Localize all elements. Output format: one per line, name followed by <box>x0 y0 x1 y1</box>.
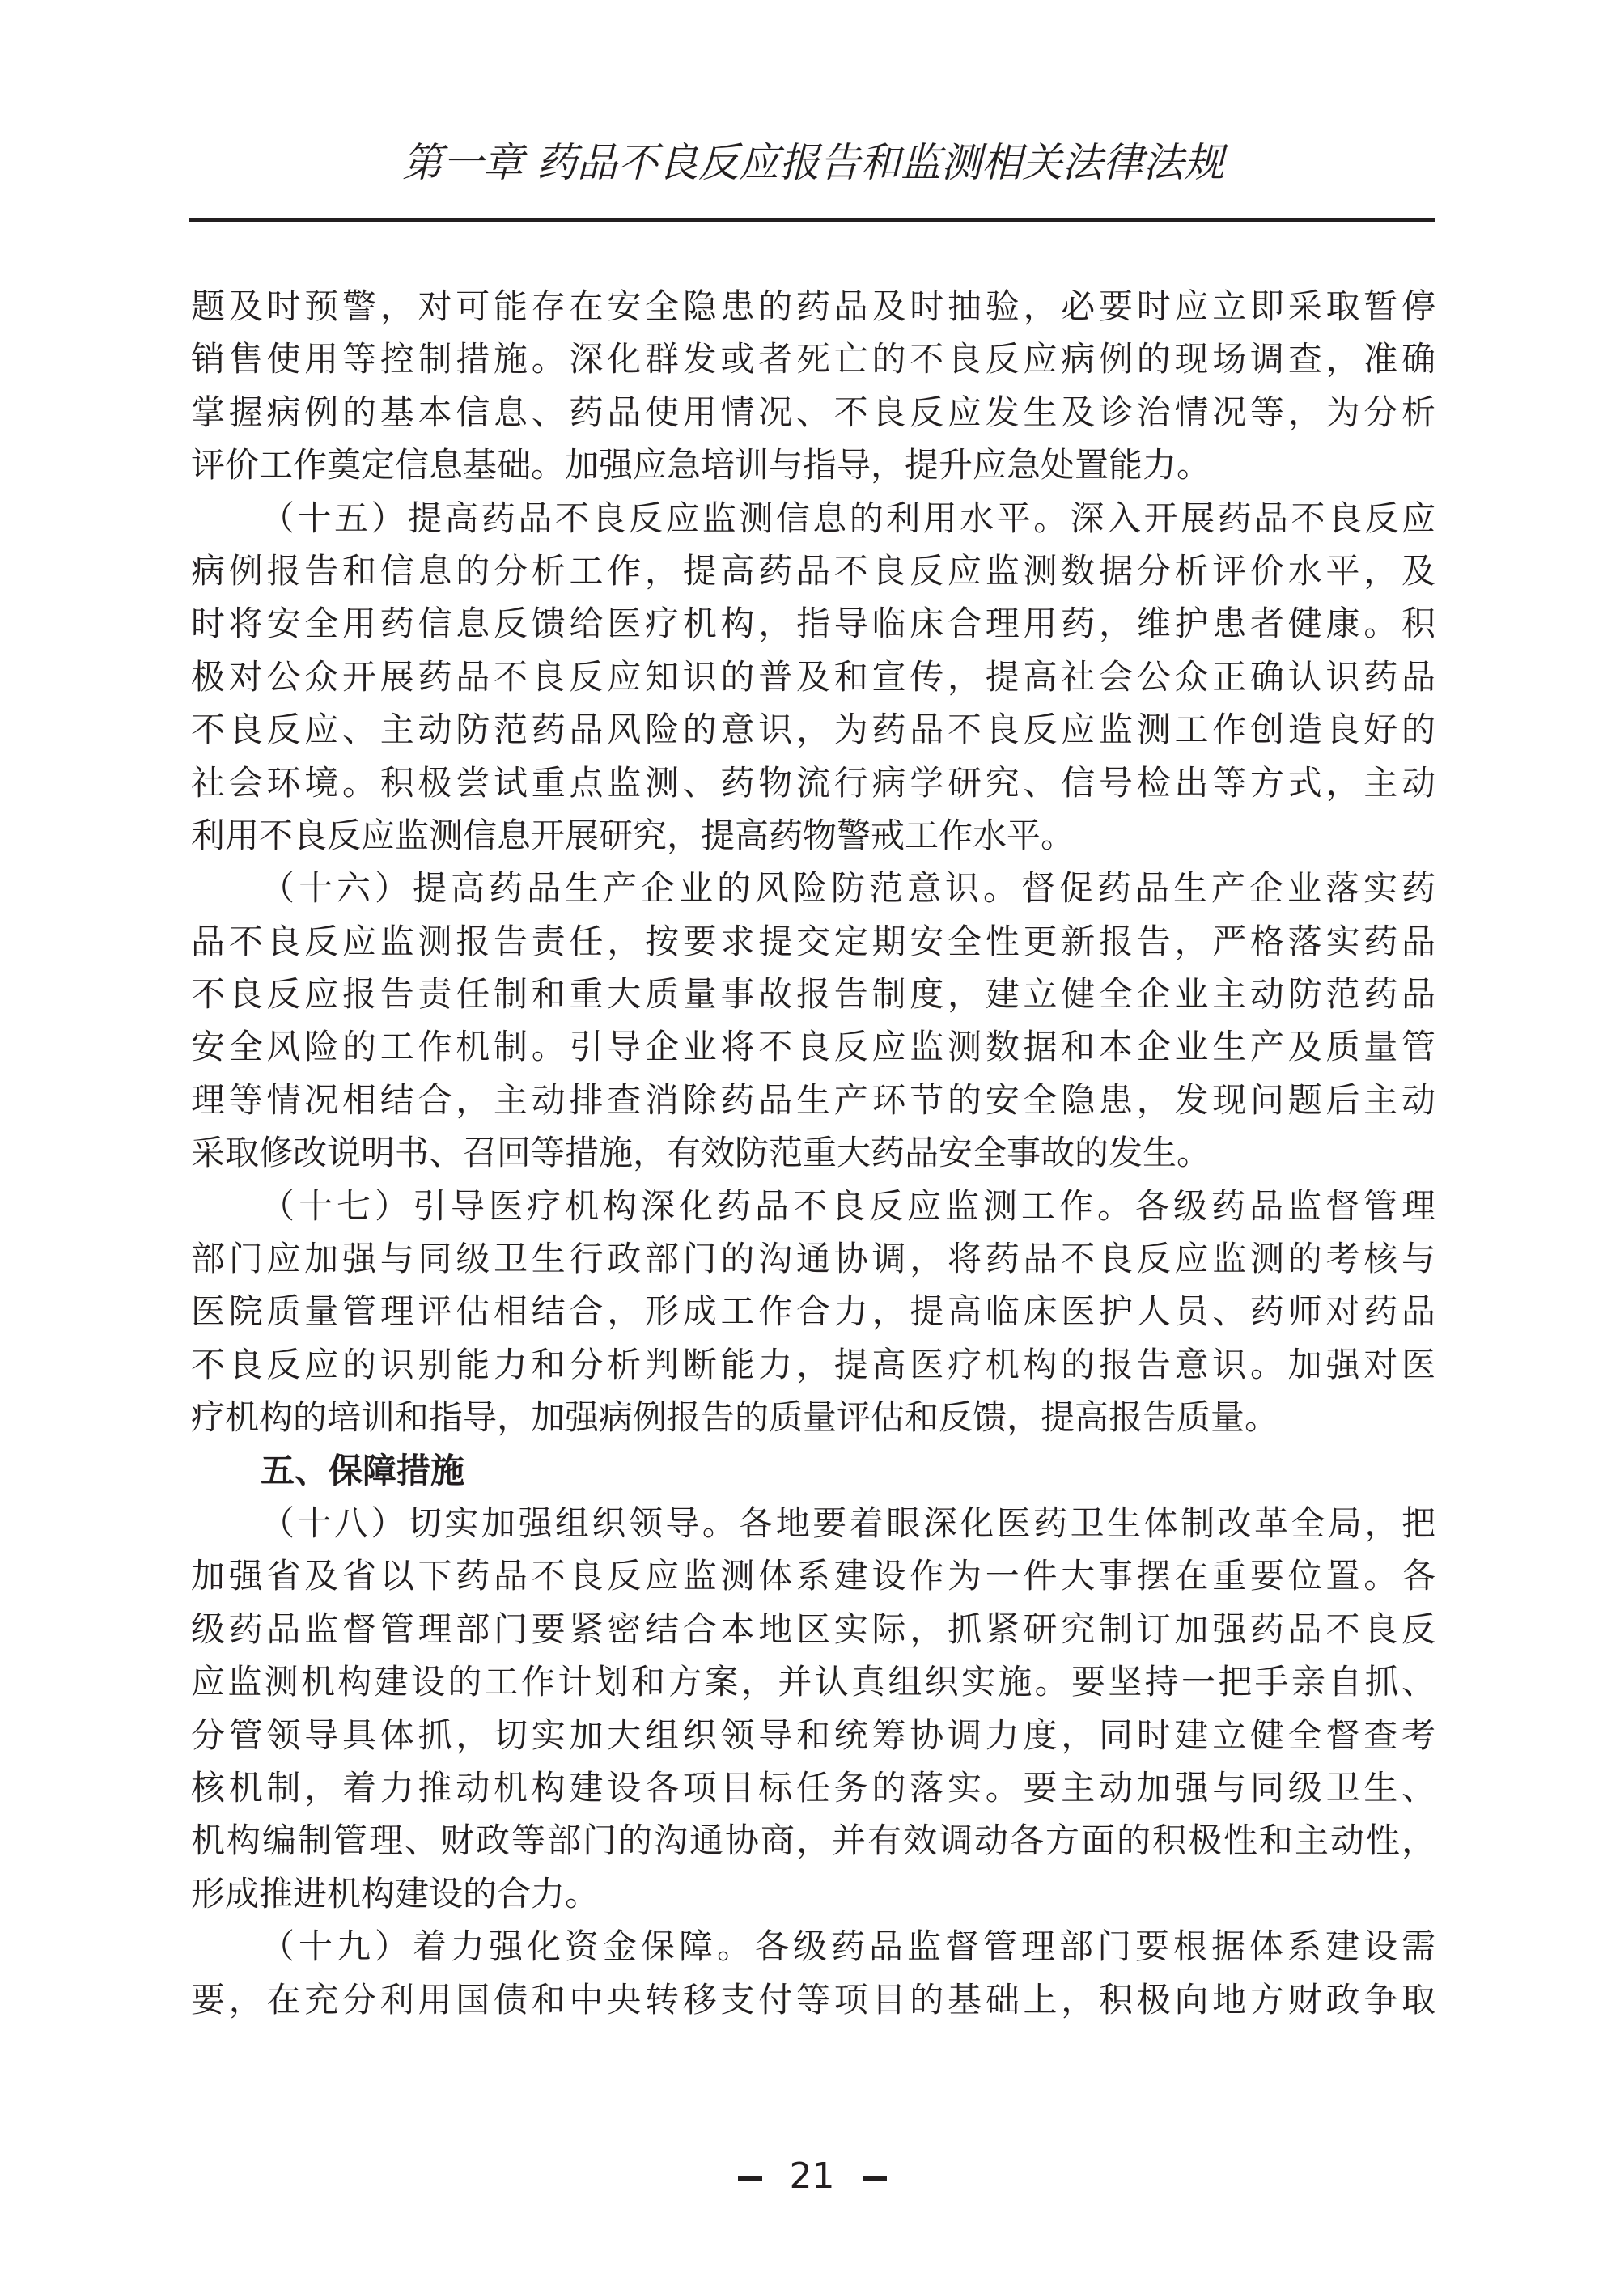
text-line: （十九）着力强化资金保障。各级药品监督管理部门要根据体系建设需 <box>191 1920 1435 1973</box>
paragraph-continued: 题及时预警，对可能存在安全隐患的药品及时抽验，必要时应立即采取暂停 销售使用等控… <box>191 280 1435 492</box>
text-line: 医院质量管理评估相结合，形成工作合力，提高临床医护人员、药师对药品 <box>191 1285 1435 1337</box>
paragraph-19: （十九）着力强化资金保障。各级药品监督管理部门要根据体系建设需 要，在充分利用国… <box>191 1920 1435 2026</box>
paragraph-15: （十五）提高药品不良反应监测信息的利用水平。深入开展药品不良反应 病例报告和信息… <box>191 492 1435 863</box>
text-line: 病例报告和信息的分析工作，提高药品不良反应监测数据分析评价水平，及 <box>191 545 1435 597</box>
text-line: 不良反应、主动防范药品风险的意识，为药品不良反应监测工作创造良好的 <box>191 703 1435 756</box>
text-line: 品不良反应监测报告责任，按要求提交定期安全性更新报告，严格落实药品 <box>191 915 1435 968</box>
header-rule <box>189 218 1435 222</box>
folio-dash-right <box>863 2176 887 2181</box>
text-line: 应监测机构建设的工作计划和方案，并认真组织实施。要坚持一把手亲自抓、 <box>191 1655 1435 1708</box>
paragraph-16: （十六）提高药品生产企业的风险防范意识。督促药品生产企业落实药 品不良反应监测报… <box>191 862 1435 1179</box>
text-line: （十八）切实加强组织领导。各地要着眼深化医药卫生体制改革全局，把 <box>191 1497 1435 1549</box>
body-text: 题及时预警，对可能存在安全隐患的药品及时抽验，必要时应立即采取暂停 销售使用等控… <box>191 280 1435 2026</box>
text-line: 题及时预警，对可能存在安全隐患的药品及时抽验，必要时应立即采取暂停 <box>191 280 1435 333</box>
text-line: 利用不良反应监测信息开展研究，提高药物警戒工作水平。 <box>191 809 1435 862</box>
text-line: （十五）提高药品不良反应监测信息的利用水平。深入开展药品不良反应 <box>191 492 1435 545</box>
page-number: 21 <box>790 2155 835 2197</box>
text-line: 时将安全用药信息反馈给医疗机构，指导临床合理用药，维护患者健康。积 <box>191 597 1435 650</box>
text-line: 要，在充分利用国债和中央转移支付等项目的基础上，积极向地方财政争取 <box>191 1973 1435 2026</box>
text-line: （十七）引导医疗机构深化药品不良反应监测工作。各级药品监督管理 <box>191 1180 1435 1232</box>
text-line: 评价工作奠定信息基础。加强应急培训与指导，提升应急处置能力。 <box>191 439 1435 491</box>
text-line: 极对公众开展药品不良反应知识的普及和宣传，提高社会公众正确认识药品 <box>191 651 1435 703</box>
text-line: 掌握病例的基本信息、药品使用情况、不良反应发生及诊治情况等，为分析 <box>191 386 1435 439</box>
text-line: 级药品监督管理部门要紧密结合本地区实际，抓紧研究制订加强药品不良反 <box>191 1603 1435 1655</box>
text-line: 不良反应报告责任制和重大质量事故报告制度，建立健全企业主动防范药品 <box>191 968 1435 1020</box>
paragraph-18: （十八）切实加强组织领导。各地要着眼深化医药卫生体制改革全局，把 加强省及省以下… <box>191 1497 1435 1920</box>
page-number-footer: 21 <box>0 2152 1624 2201</box>
running-head-title: 第一章 药品不良反应报告和监测相关法律法规 <box>191 138 1435 188</box>
text-line: 社会环境。积极尝试重点监测、药物流行病学研究、信号检出等方式，主动 <box>191 757 1435 809</box>
text-line: 理等情况相结合，主动排查消除药品生产环节的安全隐患，发现问题后主动 <box>191 1074 1435 1126</box>
section-heading: 五、保障措施 <box>191 1444 1435 1497</box>
text-line: 分管领导具体抓，切实加大组织领导和统筹协调力度，同时建立健全督查考 <box>191 1709 1435 1761</box>
text-line: 机构编制管理、财政等部门的沟通协商，并有效调动各方面的积极性和主动性， <box>191 1814 1435 1867</box>
text-line: 核机制，着力推动机构建设各项目标任务的落实。要主动加强与同级卫生、 <box>191 1761 1435 1814</box>
text-line: 不良反应的识别能力和分析判断能力，提高医疗机构的报告意识。加强对医 <box>191 1338 1435 1391</box>
text-line: 销售使用等控制措施。深化群发或者死亡的不良反应病例的现场调查，准确 <box>191 333 1435 385</box>
text-line: 安全风险的工作机制。引导企业将不良反应监测数据和本企业生产及质量管 <box>191 1020 1435 1073</box>
text-line: 疗机构的培训和指导，加强病例报告的质量评估和反馈，提高报告质量。 <box>191 1391 1435 1443</box>
paragraph-17: （十七）引导医疗机构深化药品不良反应监测工作。各级药品监督管理 部门应加强与同级… <box>191 1180 1435 1444</box>
text-line: （十六）提高药品生产企业的风险防范意识。督促药品生产企业落实药 <box>191 862 1435 914</box>
folio-dash-left <box>738 2176 762 2181</box>
text-line: 部门应加强与同级卫生行政部门的沟通协调，将药品不良反应监测的考核与 <box>191 1232 1435 1285</box>
text-line: 加强省及省以下药品不良反应监测体系建设作为一件大事摆在重要位置。各 <box>191 1549 1435 1602</box>
text-line: 形成推进机构建设的合力。 <box>191 1867 1435 1920</box>
text-line: 采取修改说明书、召回等措施，有效防范重大药品安全事故的发生。 <box>191 1126 1435 1179</box>
